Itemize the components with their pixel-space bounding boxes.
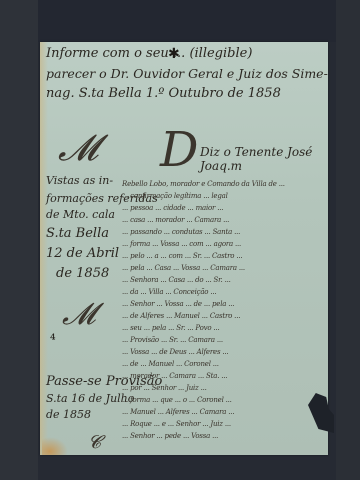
body-line: ... de Alferes ... Manuel ... Castro ...: [122, 312, 322, 320]
body-line: ... Provisão ... Sr. ... Camara ...: [122, 336, 322, 344]
body-line: ... seu ... pela ... Sr. ... Povo ...: [122, 324, 322, 332]
body-line: ... Vossa ... de Deus ... Alferes ...: [122, 348, 322, 356]
body-line: ... de ... Manuel ... Coronel ...: [122, 360, 322, 368]
body-line: ... Manuel ... Alferes ... Camara ...: [122, 408, 322, 416]
ink-mark: ⁴: [50, 332, 56, 348]
header-line-1: Informe com o seu ... (illegible): [46, 46, 252, 61]
body-line: Rebello Lobo, morador e Comando da Villa…: [122, 180, 322, 188]
signature-bottom: 𝓒: [88, 432, 101, 453]
petition-title: Diz o Tenente José Joaq.m: [200, 145, 328, 173]
header-line-3: nag. S.ta Bella 1.º Outubro de 1858: [46, 86, 281, 101]
margin-note-6: de 1858: [56, 266, 109, 281]
body-line: ... morador ... Camara ... Sta. ...: [122, 372, 322, 380]
margin-note-3: de Mto. cala: [46, 208, 115, 221]
body-line: ... Senhor ... Vossa ... de ... pela ...: [122, 300, 322, 308]
body-line: ... casa ... morador ... Camara ...: [122, 216, 322, 224]
body-line: ... forma ... Vossa ... com ... agora ..…: [122, 240, 322, 248]
margin-note-5: 12 de Abril: [46, 246, 119, 261]
bottom-margin-3: de 1858: [46, 408, 91, 421]
body-line: ... da ... Villa ... Conceição ...: [122, 288, 322, 296]
body-line: ... Senhora ... Casa ... do ... Sr. ...: [122, 276, 322, 284]
background-left-band: [0, 0, 38, 480]
margin-note-4: S.ta Bella: [46, 226, 109, 241]
body-line: ... pela ... Casa ... Vossa ... Camara .…: [122, 264, 322, 272]
header-line-2: parecer o Dr. Ouvidor Geral e Juiz dos S…: [46, 66, 328, 81]
body-line: ... pelo ... a ... com ... Sr. ... Castr…: [122, 252, 322, 260]
body-line: ... confirmação legítima ... legal: [122, 192, 322, 200]
ink-blot: ✱: [168, 46, 180, 62]
signature-middle: 𝓜: [62, 297, 96, 332]
body-line: ... por ... Senhor ... Juiz ...: [122, 384, 322, 392]
manuscript-page: Informe com o seu ... (illegible) parece…: [40, 42, 328, 455]
body-line: ... pessoa ... cidade ... maior ...: [122, 204, 322, 212]
corner-stain: [42, 437, 68, 455]
margin-note-1: Vistas as in-: [46, 174, 113, 187]
background-top-band: [38, 0, 336, 42]
body-line: ... Senhor ... pede ... Vossa ...: [122, 432, 322, 440]
decorative-initial: D: [160, 122, 198, 178]
body-line: ... forma ... que ... o ... Coronel ...: [122, 396, 322, 404]
body-line: ... passando ... condutas ... Santa ...: [122, 228, 322, 236]
background-right-band: [336, 0, 360, 480]
signature-top: 𝓜: [58, 128, 98, 170]
body-line: ... Roque ... e ... Senhor ... Juiz ...: [122, 420, 322, 428]
